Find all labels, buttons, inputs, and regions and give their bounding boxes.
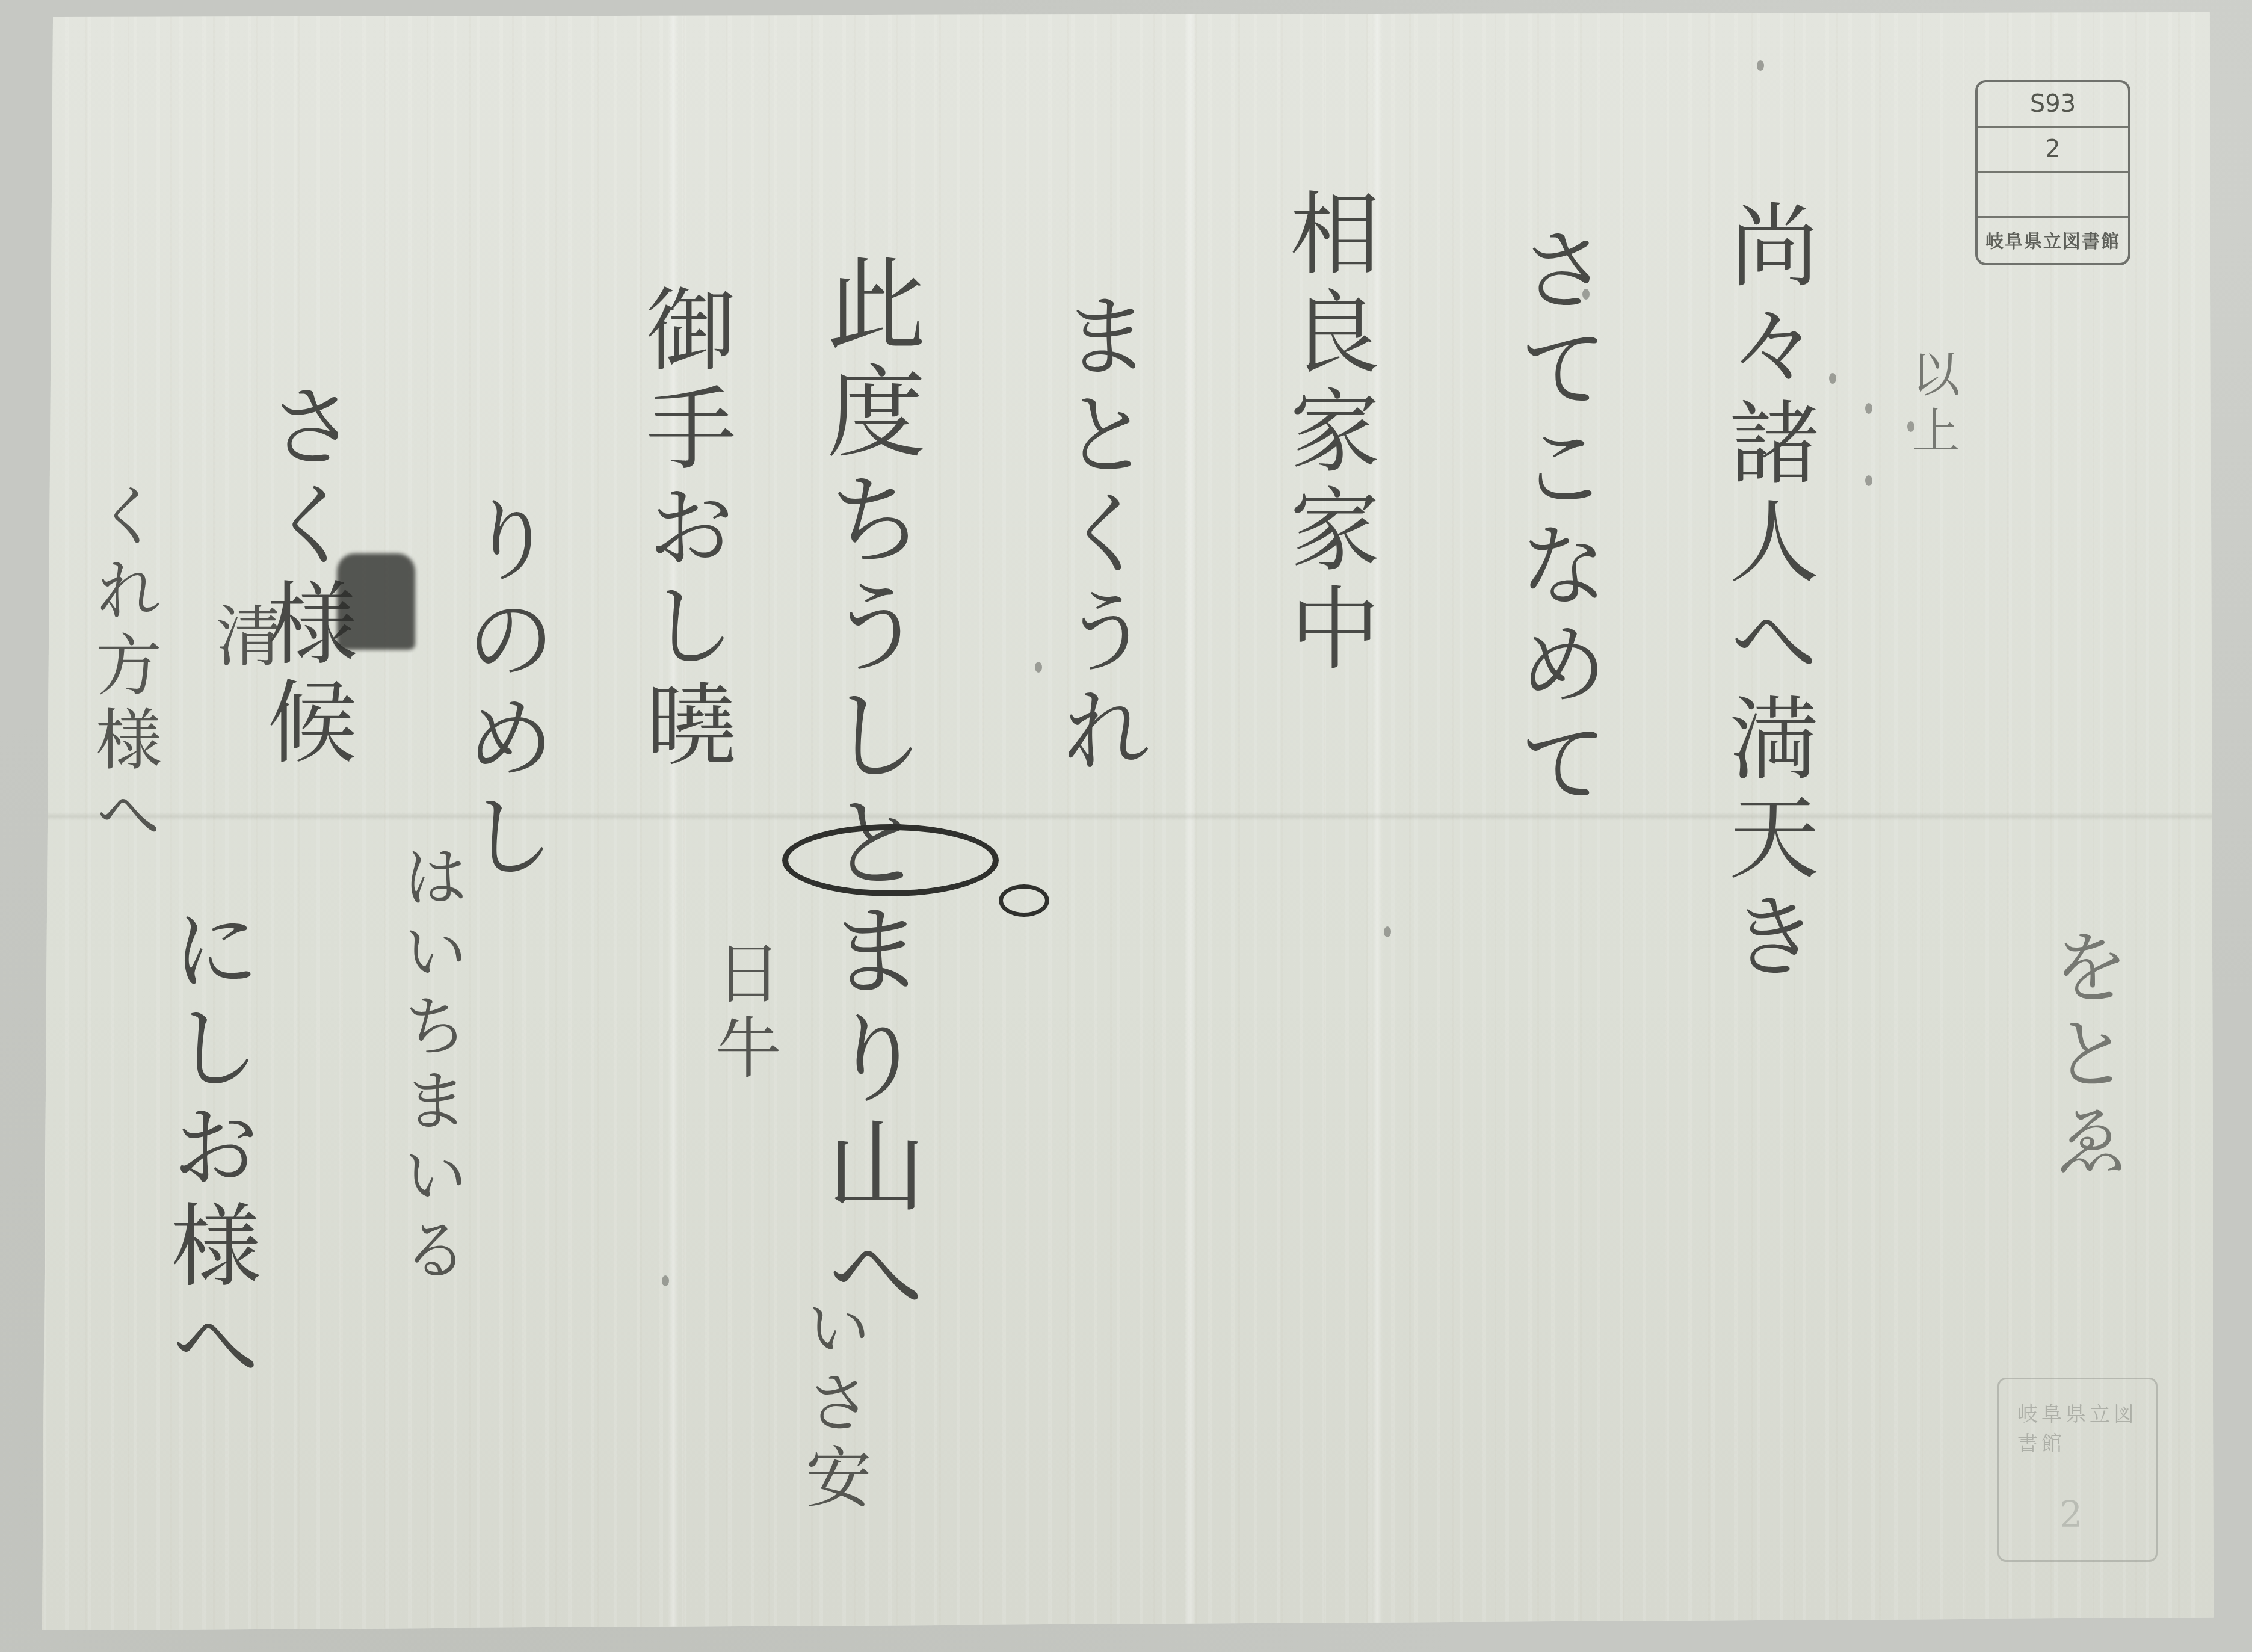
fold-crease <box>1185 12 1196 1630</box>
text-column-7: 御手おし曉 <box>638 283 728 776</box>
ink-speck <box>1829 373 1836 384</box>
ink-speck <box>662 1275 669 1286</box>
text-column-4: まとくうれ <box>1053 289 1143 782</box>
top-mark: 以上 <box>1907 349 1955 462</box>
ink-speck <box>1035 662 1042 673</box>
ink-speck <box>1865 475 1872 486</box>
ink-flourish <box>782 824 999 896</box>
document-paper <box>42 12 2214 1630</box>
ink-speck <box>1384 926 1391 937</box>
text-column-1: 尚々諸人へ満天き <box>1721 199 1811 988</box>
struck-out-character <box>337 553 415 650</box>
ink-speck <box>1757 60 1764 71</box>
text-column-5: 此度ちうしとまり山へ <box>818 253 918 1330</box>
text-column-8: 日牛 <box>710 938 776 1088</box>
text-column-3: 相良家家中 <box>1282 186 1372 680</box>
stamp-row-2: 2 <box>1978 128 2128 173</box>
text-column-9: りのめし <box>457 493 548 888</box>
text-column-10: はいちまいる <box>397 842 463 1290</box>
ink-speck <box>1865 403 1872 414</box>
text-column-12: 清 <box>211 602 277 676</box>
faded-stamp-text: 岐阜県立図書館 <box>2017 1398 2156 1456</box>
stamp-row-1: S93 <box>1978 82 2128 128</box>
ink-speck <box>1907 421 1914 432</box>
text-column-6: いさ安 <box>800 1293 866 1517</box>
text-column-13: にしお様へ <box>162 902 253 1396</box>
signature: をとゑ <box>2046 926 2124 1186</box>
text-column-2: さてこなめて <box>1510 223 1600 815</box>
library-stamp: S93 2 岐阜県立図書館 <box>1975 80 2130 265</box>
text-column-11: さく様候 <box>259 379 349 774</box>
stamp-row-3 <box>1978 173 2128 218</box>
text-column-14: くれ方様へ <box>90 481 156 854</box>
stamp-institution: 岐阜県立図書館 <box>1978 218 2128 261</box>
fold-crease-horizontal <box>42 812 2214 821</box>
faded-stamp-number: 2 <box>2059 1494 2082 1536</box>
ink-flourish <box>999 884 1049 917</box>
faded-stamp: 岐阜県立図書館 2 <box>1997 1378 2158 1562</box>
fold-crease <box>668 12 679 1630</box>
ink-speck <box>1582 289 1590 300</box>
